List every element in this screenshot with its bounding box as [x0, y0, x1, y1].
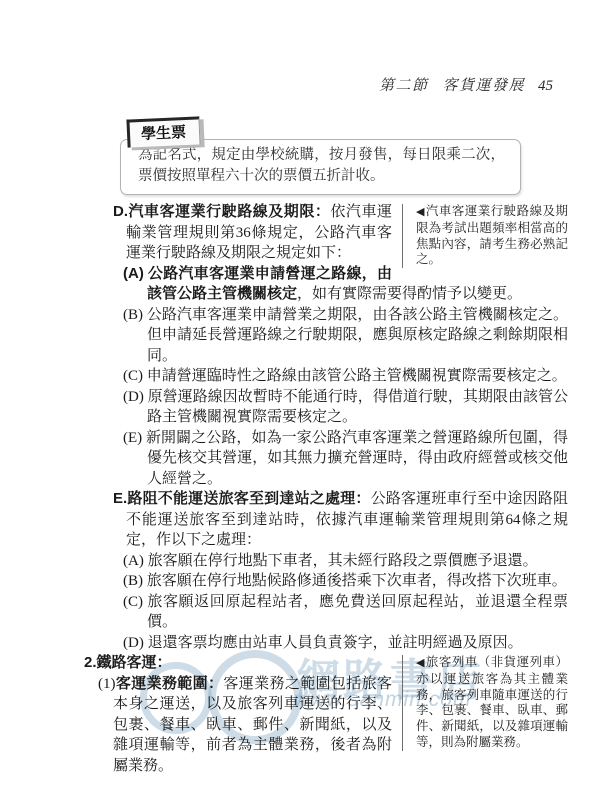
item-text: 公路汽車客運業申請營業之期限，由各該公路主管機關核定之。但申請延長營運路線之行駛… [147, 307, 568, 364]
list-item: (A) 旅客願在停行地點下車者，其未經行路段之票價應予退還。 [123, 551, 568, 572]
margin-note-railway-text: 旅客列車（非貨運列車）亦以運送旅客為其主體業務，旅客列車隨車運送的行李、包裹、餐… [416, 655, 568, 749]
item-text: 旅客願返回原起程站者，應免費送回原起程站，並退還全程票價。 [147, 594, 568, 631]
section-d: ◀汽車客運業行駛路線及期限為考試出題頻率相當高的焦點內容，請考生務必熟記之。 D… [84, 202, 568, 489]
item-text: 退還客票均應由站車人員負責簽字，並註明經過及原因。 [148, 635, 523, 651]
section-e-heading-block: E.路阻不能運送旅客至到達站之處理：公路客運班車行至中途因路阻不能運送旅客至到達… [113, 489, 568, 551]
item-label: (A) [123, 553, 144, 569]
section-e-label: E. [113, 490, 127, 507]
item-label: (A) [123, 265, 144, 282]
section-railway: ◀旅客列車（非貨運列車）亦以運送旅客為其主體業務，旅客列車隨車運送的行李、包裹、… [84, 653, 568, 776]
section-railway-label: 2. [84, 654, 97, 671]
list-item: (C) 申請營運臨時性之路線由該管公路主管機關視實際需要核定之。 [123, 366, 568, 387]
item-text: 旅客願在停行地點候路修通後搭乘下次車者，得改搭下次班車。 [147, 573, 567, 589]
list-item: (C) 旅客願返回原起程站者，應免費送回原起程站，並退還全程票價。 [123, 592, 568, 633]
left-arrow-icon: ◀ [416, 657, 425, 669]
running-head-section: 第二節 [379, 78, 429, 94]
item-label: (1) [98, 676, 116, 692]
list-item: (B) 旅客願在停行地點候路修通後搭乘下次車者，得改搭下次班車。 [123, 571, 568, 592]
item-heading: 客運業務範圍： [116, 675, 224, 692]
section-e-heading: 路阻不能運送旅客至到達站之處理： [127, 490, 370, 507]
list-item: (D) 原營運路線因故暫時不能通行時，得借道行駛，其期限由該管公路主管機關視實際… [123, 387, 568, 428]
item-label: (B) [123, 573, 143, 589]
running-head-title: 客貨運發展 [442, 78, 525, 94]
item-text: ，如有實際需要得酌情予以變更。 [297, 286, 522, 302]
page-content: 學生票 為記名式，規定由學校統購，按月發售，每日限乘二次，票價按照單程六十次的票… [84, 112, 568, 776]
list-item: (E) 新開闢之公路，如為一家公路汽車客運業之營運路線所包圍，得優先核交其營運，… [123, 428, 568, 490]
item-text: 申請營運臨時性之路線由該管公路主管機關視實際需要核定之。 [147, 368, 567, 384]
callout-tab: 學生票 [126, 116, 200, 147]
item-text: 新開闢之公路，如為一家公路汽車客運業之營運路線所包圍，得優先核交其營運，如其無力… [146, 430, 568, 487]
margin-note-railway: ◀旅客列車（非貨運列車）亦以運送旅客為其主體業務，旅客列車隨車運送的行李、包裹、… [402, 655, 568, 751]
item-label: (E) [123, 430, 142, 446]
section-d-label: D. [113, 203, 128, 220]
running-head: 第二節客貨運發展45 [379, 74, 553, 95]
section-e: E.路阻不能運送旅客至到達站之處理：公路客運班車行至中途因路阻不能運送旅客至到達… [84, 489, 568, 653]
page-number: 45 [538, 78, 553, 94]
list-item: (B) 公路汽車客運業申請營業之期限，由各該公路主管機關核定之。但申請延長營運路… [123, 305, 568, 367]
callout-body: 為記名式，規定由學校統購，按月發售，每日限乘二次，票價按照單程六十次的票價五折計… [120, 139, 521, 195]
student-ticket-callout: 學生票 為記名式，規定由學校統購，按月發售，每日限乘二次，票價按照單程六十次的票… [120, 139, 521, 195]
section-d-heading: 汽車客運業行駛路線及期限： [128, 203, 330, 220]
list-item: (D) 退還客票均應由站車人員負責簽字，並註明經過及原因。 [123, 633, 568, 654]
list-item: (A) 公路汽車客運業申請營運之路線，由該管公路主管機關核定，如有實際需要得酌情… [123, 264, 568, 305]
left-arrow-icon: ◀ [416, 206, 425, 218]
item-text: 原營運路線因故暫時不能通行時，得借道行駛，其期限由該管公路主管機關視實際需要核定… [147, 389, 568, 426]
section-railway-heading: 鐵路客運： [97, 654, 172, 671]
item-label: (C) [123, 594, 143, 610]
item-label: (D) [123, 635, 144, 651]
margin-note-d-text: 汽車客運業行駛路線及期限為考試出題頻率相當高的焦點內容，請考生務必熟記之。 [416, 204, 568, 266]
margin-note-d: ◀汽車客運業行駛路線及期限為考試出題頻率相當高的焦點內容，請考生務必熟記之。 [402, 204, 568, 268]
item-label: (B) [123, 307, 143, 323]
item-label: (C) [123, 368, 143, 384]
item-label: (D) [123, 389, 144, 405]
book-page: 網路書店 www.sanmin.com 第二節客貨運發展45 學生票 為記名式，… [0, 0, 597, 800]
item-text: 旅客願在停行地點下車者，其未經行路段之票價應予退還。 [148, 553, 538, 569]
